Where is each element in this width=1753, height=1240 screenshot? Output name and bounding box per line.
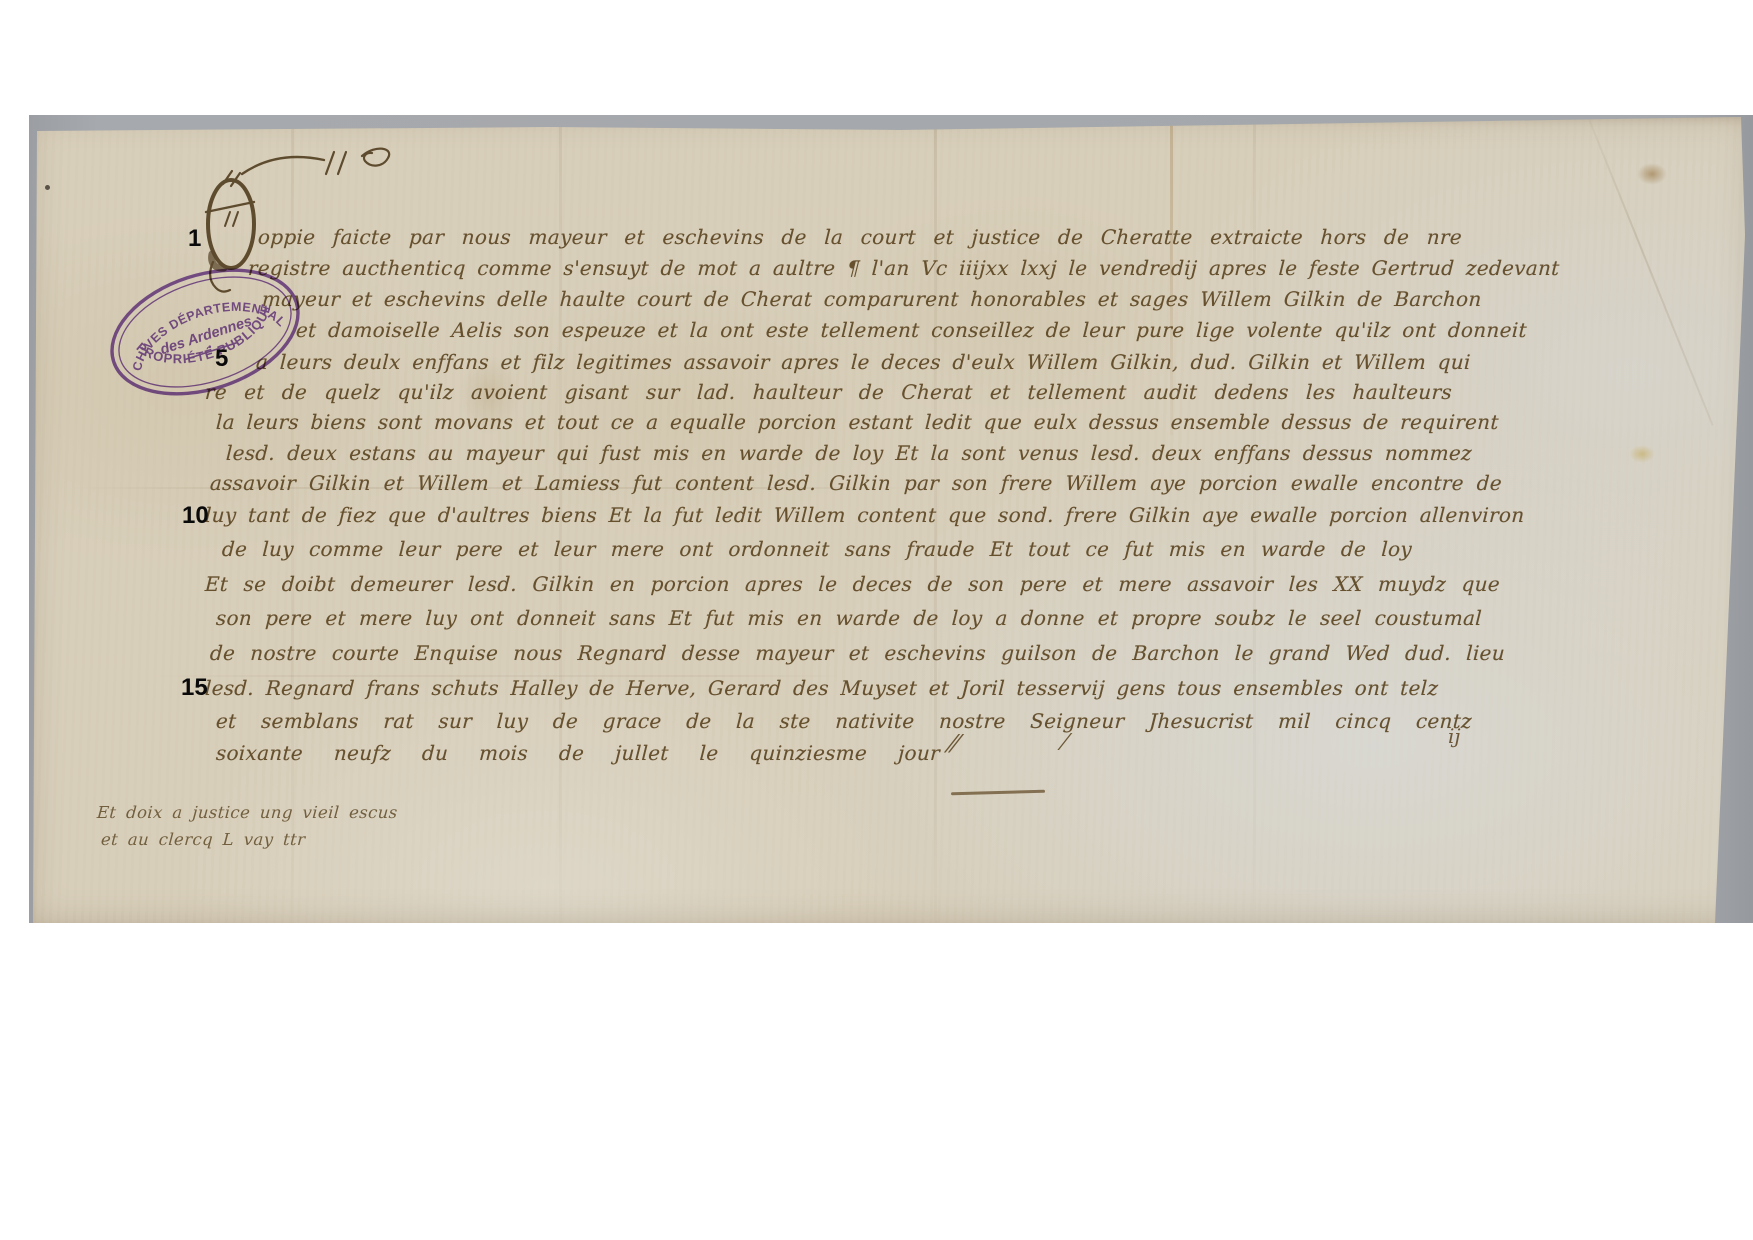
manuscript-line: de nostre courte Enquise nous Regnard de… [209,640,1505,666]
line-number-5: 5 [215,347,228,371]
ij-mark: ij [1448,724,1461,748]
manuscript-line: la leurs biens sont movans et tout ce a … [215,409,1440,435]
manuscript-line: son pere et mere luy ont donneit sans Et… [215,605,1482,631]
line-number-1: 1 [188,227,201,251]
ink-speck [45,185,50,190]
manuscript-line: et damoiselle Aelis son espeuze et la on… [295,317,1443,343]
manuscript-line: lesd. deux estans au mayeur qui fust mis… [225,440,1472,466]
manuscript-line: oppie faicte par nous mayeur et eschevin… [257,224,1462,250]
manuscript-line: mayeur et eschevins delle haulte court d… [261,286,1450,312]
line-number-15: 15 [181,676,208,700]
manuscript-line: lesd. Regnard frans schuts Halley de Her… [204,675,1432,701]
manuscript-line: soixante neufz du mois de jullet le quin… [215,740,940,766]
manuscript-line: de luy comme leur pere et leur mere ont … [221,536,1412,562]
manuscript-line: a leurs deulx enffans et filz legitimes … [255,349,1455,375]
stain [1629,445,1655,463]
end-mark-double-slash: ⁄⁄ [950,730,958,758]
stain [1637,163,1667,185]
marginal-note-line: et au clercq L vay ttr [100,830,306,849]
end-mark-slash: ⁄ [1063,731,1067,756]
manuscript-line: assavoir Gilkin et Willem et Lamiess fut… [209,470,1502,496]
marginal-note-line: Et doix a justice ung vieil escus [96,803,398,822]
manuscript-line: Et se doibt demeurer lesd. Gilkin en por… [204,571,1500,597]
line-number-10: 10 [182,504,209,528]
manuscript-line: registre aucthenticq comme s'ensuyt de m… [247,255,1452,281]
manuscript-line: re et de quelz qu'ilz avoient gisant sur… [204,379,1452,405]
manuscript-line: et semblans rat sur luy de grace de la s… [215,708,1472,734]
document-viewer-page: oppie faicte par nous mayeur et eschevin… [0,0,1753,1240]
manuscript-line: luy tant de fiez que d'aultres biens Et … [204,502,1496,528]
